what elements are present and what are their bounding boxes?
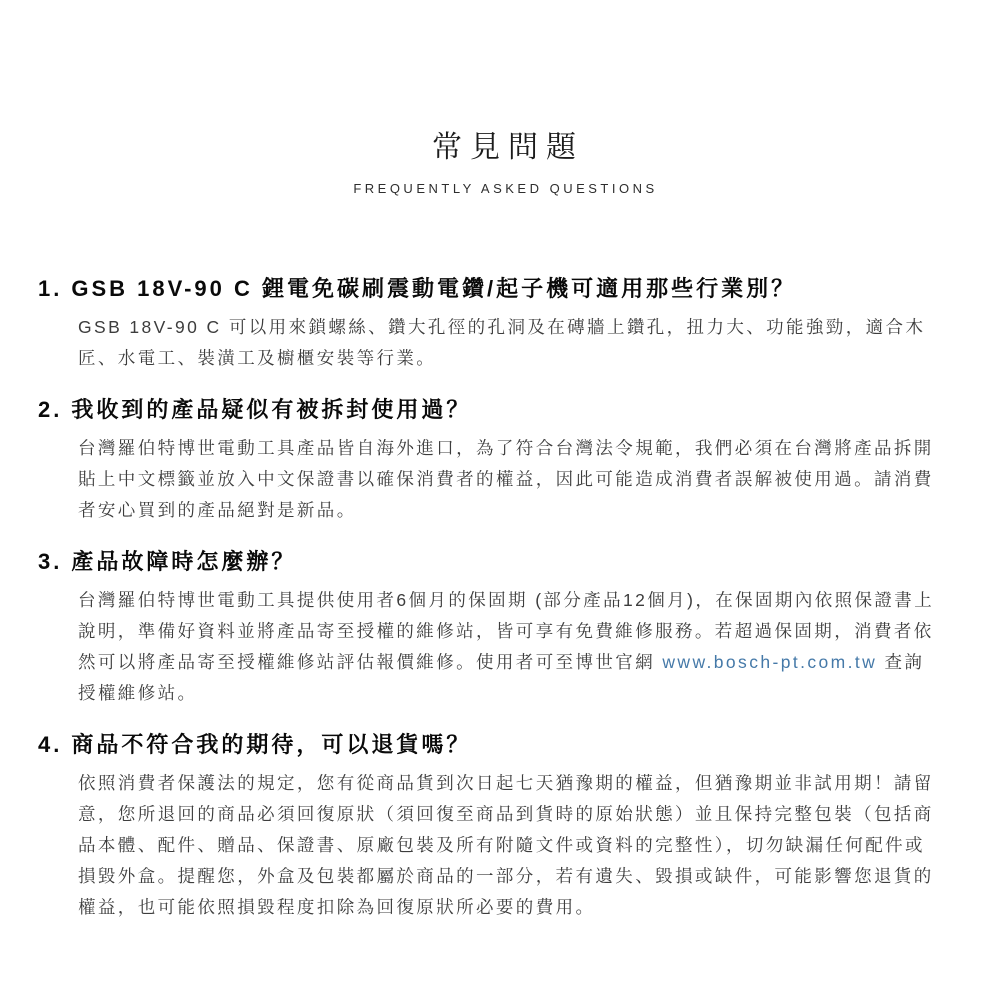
question-number: 2. xyxy=(38,397,62,422)
answer-line: 台灣羅伯特博世電動工具提供使用者6個月的保固期 (部分產品12個月)，在保固期內… xyxy=(78,585,970,616)
faq-question-1: 1.GSB 18V-90 C 鋰電免碳刷震動電鑽/起子機可適用那些行業別？ xyxy=(38,272,970,303)
answer-line: 損毀外盒。提醒您，外盒及包裝都屬於商品的一部分，若有遺失、毀損或缺件，可能影響您… xyxy=(78,861,970,892)
answer-line: 依照消費者保護法的規定，您有從商品貨到次日起七天猶豫期的權益，但猶豫期並非試用期… xyxy=(78,768,970,799)
faq-page: 常見問題 FREQUENTLY ASKED QUESTIONS 1.GSB 18… xyxy=(0,0,1000,1000)
answer-line: 貼上中文標籤並放入中文保證書以確保消費者的權益，因此可能造成消費者誤解被使用過。… xyxy=(78,464,970,495)
answer-line: 台灣羅伯特博世電動工具產品皆自海外進口，為了符合台灣法令規範，我們必須在台灣將產… xyxy=(78,433,970,464)
bosch-website-link[interactable]: www.bosch-pt.com.tw xyxy=(662,652,877,672)
link-line-after: 查詢 xyxy=(877,652,924,672)
faq-header: 常見問題 FREQUENTLY ASKED QUESTIONS xyxy=(38,122,970,196)
answer-line-with-link: 然可以將產品寄至授權維修站評估報價維修。使用者可至博世官網 www.bosch-… xyxy=(78,647,970,678)
faq-question-3: 3.產品故障時怎麼辦？ xyxy=(38,545,970,576)
question-text: 我收到的產品疑似有被拆封使用過？ xyxy=(71,397,471,422)
answer-line: 者安心買到的產品絕對是新品。 xyxy=(78,495,970,526)
question-number: 1. xyxy=(38,276,62,301)
faq-answer-4: 依照消費者保護法的規定，您有從商品貨到次日起七天猶豫期的權益，但猶豫期並非試用期… xyxy=(38,768,970,923)
faq-item-2: 2.我收到的產品疑似有被拆封使用過？ 台灣羅伯特博世電動工具產品皆自海外進口，為… xyxy=(38,393,970,526)
answer-line: 說明，準備好資料並將產品寄至授權的維修站，皆可享有免費維修服務。若超過保固期，消… xyxy=(78,616,970,647)
faq-item-1: 1.GSB 18V-90 C 鋰電免碳刷震動電鑽/起子機可適用那些行業別？ GS… xyxy=(38,272,970,374)
answer-line: 授權維修站。 xyxy=(78,678,970,709)
answer-line: 品本體、配件、贈品、保證書、原廠包裝及所有附隨文件或資料的完整性），切勿缺漏任何… xyxy=(78,830,970,861)
answer-line: GSB 18V-90 C 可以用來鎖螺絲、鑽大孔徑的孔洞及在磚牆上鑽孔，扭力大、… xyxy=(78,312,970,343)
question-number: 3. xyxy=(38,549,62,574)
page-subtitle: FREQUENTLY ASKED QUESTIONS xyxy=(38,181,970,196)
faq-question-2: 2.我收到的產品疑似有被拆封使用過？ xyxy=(38,393,970,424)
faq-item-3: 3.產品故障時怎麼辦？ 台灣羅伯特博世電動工具提供使用者6個月的保固期 (部分產… xyxy=(38,545,970,709)
question-text: 產品故障時怎麼辦？ xyxy=(71,549,296,574)
question-number: 4. xyxy=(38,732,62,757)
link-line-before: 然可以將產品寄至授權維修站評估報價維修。使用者可至博世官網 xyxy=(78,652,662,672)
faq-answer-2: 台灣羅伯特博世電動工具產品皆自海外進口，為了符合台灣法令規範，我們必須在台灣將產… xyxy=(38,433,970,526)
faq-item-4: 4.商品不符合我的期待，可以退貨嗎？ 依照消費者保護法的規定，您有從商品貨到次日… xyxy=(38,728,970,923)
faq-question-4: 4.商品不符合我的期待，可以退貨嗎？ xyxy=(38,728,970,759)
answer-line: 匠、水電工、裝潢工及櫥櫃安裝等行業。 xyxy=(78,343,970,374)
answer-line: 意，您所退回的商品必須回復原狀（須回復至商品到貨時的原始狀態）並且保持完整包裝（… xyxy=(78,799,970,830)
faq-answer-3: 台灣羅伯特博世電動工具提供使用者6個月的保固期 (部分產品12個月)，在保固期內… xyxy=(38,585,970,709)
question-text: GSB 18V-90 C 鋰電免碳刷震動電鑽/起子機可適用那些行業別？ xyxy=(71,276,796,301)
answer-line: 權益，也可能依照損毀程度扣除為回復原狀所必要的費用。 xyxy=(78,892,970,923)
faq-answer-1: GSB 18V-90 C 可以用來鎖螺絲、鑽大孔徑的孔洞及在磚牆上鑽孔，扭力大、… xyxy=(38,312,970,374)
faq-list: 1.GSB 18V-90 C 鋰電免碳刷震動電鑽/起子機可適用那些行業別？ GS… xyxy=(38,272,970,923)
page-title: 常見問題 xyxy=(38,122,970,166)
question-text: 商品不符合我的期待，可以退貨嗎？ xyxy=(71,732,471,757)
